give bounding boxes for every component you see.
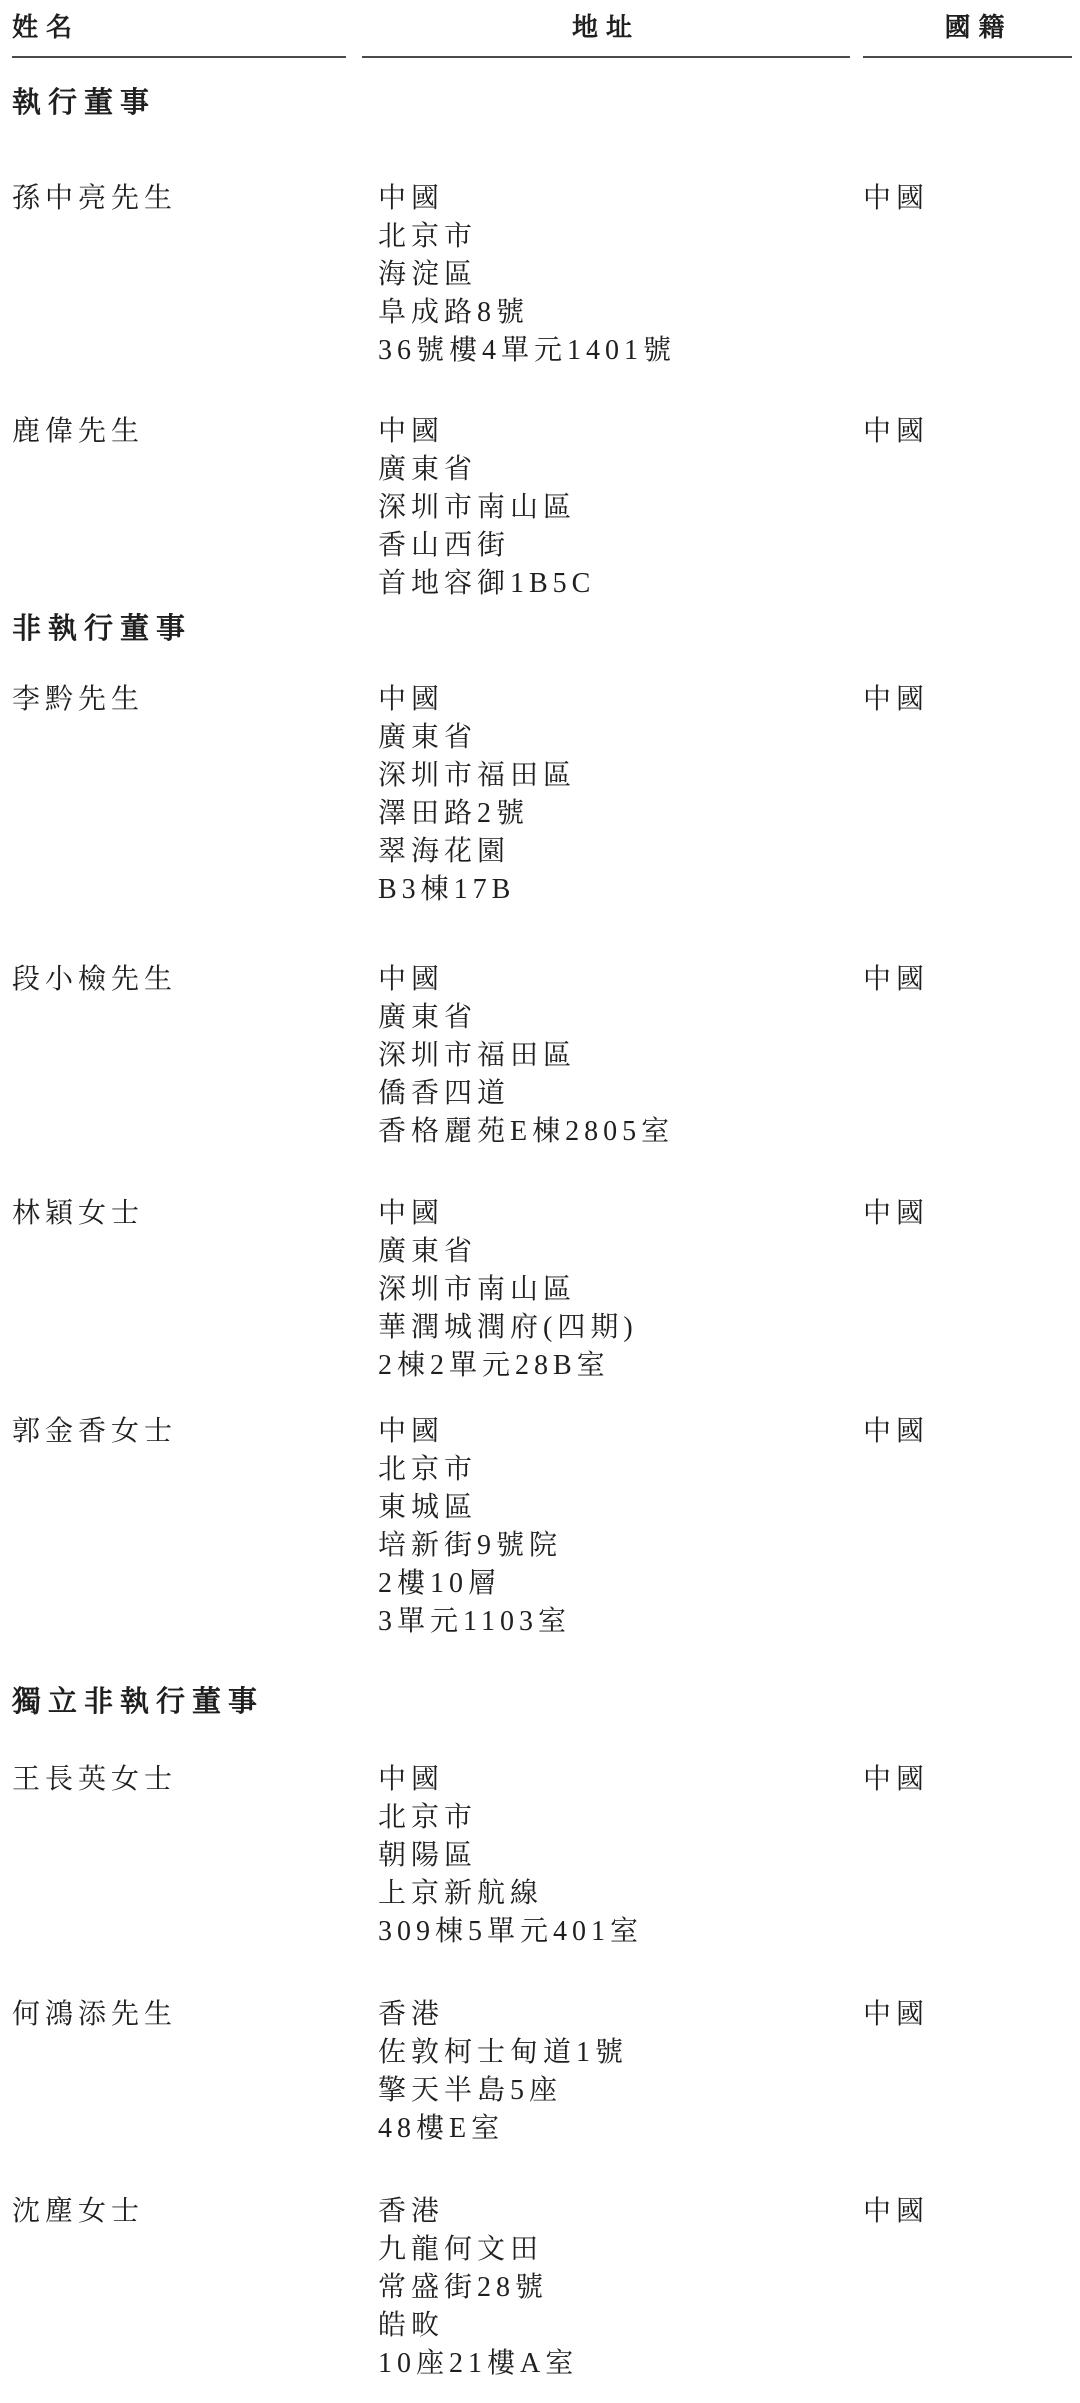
address-line: 佐敦柯士甸道1號 xyxy=(362,2034,850,2072)
director-name: 林穎女士 xyxy=(12,1195,346,1233)
director-row: 李黔先生中國廣東省深圳市福田區澤田路2號翠海花園B3棟17B中國 xyxy=(12,681,1072,909)
column-header-name: 姓名 xyxy=(12,12,346,58)
address-line: 36號樓4單元1401號 xyxy=(362,332,850,370)
director-address: 香港佐敦柯士甸道1號擎天半島5座48樓E室 xyxy=(362,1996,850,2148)
address-line: 香山西街 xyxy=(362,527,850,565)
address-line: 中國 xyxy=(362,413,850,451)
address-line: 廣東省 xyxy=(362,451,850,489)
address-line: 10座21樓A室 xyxy=(362,2345,850,2383)
address-line: 澤田路2號 xyxy=(362,795,850,833)
address-line: 中國 xyxy=(362,1761,850,1799)
address-line: 中國 xyxy=(362,681,850,719)
section-heading: 獨立非執行董事 xyxy=(12,1683,264,1721)
director-nationality: 中國 xyxy=(863,1195,1072,1233)
director-address: 中國北京市東城區培新街9號院2樓10層3單元1103室 xyxy=(362,1413,850,1641)
director-name: 沈塵女士 xyxy=(12,2193,346,2231)
address-line: 2棟2單元28B室 xyxy=(362,1347,850,1385)
director-address: 中國廣東省深圳市福田區僑香四道香格麗苑E棟2805室 xyxy=(362,961,850,1151)
address-line: 北京市 xyxy=(362,1799,850,1837)
address-line: 48樓E室 xyxy=(362,2110,850,2148)
director-nationality: 中國 xyxy=(863,2193,1072,2231)
address-line: 朝陽區 xyxy=(362,1837,850,1875)
address-line: 2樓10層 xyxy=(362,1565,850,1603)
table-header-row: 姓名 地址 國籍 xyxy=(12,12,1072,58)
director-address: 中國廣東省深圳市南山區香山西街首地容御1B5C xyxy=(362,413,850,603)
address-line: 廣東省 xyxy=(362,719,850,757)
director-nationality: 中國 xyxy=(863,180,1072,218)
address-line: 香格麗苑E棟2805室 xyxy=(362,1113,850,1151)
director-name: 段小檢先生 xyxy=(12,961,346,999)
address-line: 中國 xyxy=(362,1195,850,1233)
address-line: 中國 xyxy=(362,961,850,999)
director-name: 郭金香女士 xyxy=(12,1413,346,1451)
director-nationality: 中國 xyxy=(863,1761,1072,1799)
director-address: 中國北京市朝陽區上京新航線309棟5單元401室 xyxy=(362,1761,850,1951)
address-line: 香港 xyxy=(362,2193,850,2231)
address-line: 皓畋 xyxy=(362,2307,850,2345)
director-row: 郭金香女士中國北京市東城區培新街9號院2樓10層3單元1103室中國 xyxy=(12,1413,1072,1641)
address-line: 阜成路8號 xyxy=(362,294,850,332)
address-line: 東城區 xyxy=(362,1489,850,1527)
section-heading: 執行董事 xyxy=(12,84,156,122)
address-line: 廣東省 xyxy=(362,999,850,1037)
address-line: 深圳市南山區 xyxy=(362,489,850,527)
director-row: 林穎女士中國廣東省深圳市南山區華潤城潤府(四期)2棟2單元28B室中國 xyxy=(12,1195,1072,1385)
address-line: 深圳市南山區 xyxy=(362,1271,850,1309)
address-line: 首地容御1B5C xyxy=(362,565,850,603)
address-line: 3單元1103室 xyxy=(362,1603,850,1641)
director-name: 何鴻添先生 xyxy=(12,1996,346,2034)
directors-and-parties-page: 姓名 地址 國籍 執行董事孫中亮先生中國北京市海淀區阜成路8號36號樓4單元14… xyxy=(0,0,1080,2403)
director-nationality: 中國 xyxy=(863,961,1072,999)
director-nationality: 中國 xyxy=(863,1413,1072,1451)
address-line: 北京市 xyxy=(362,1451,850,1489)
address-line: 培新街9號院 xyxy=(362,1527,850,1565)
address-line: 常盛街28號 xyxy=(362,2269,850,2307)
address-line: 深圳市福田區 xyxy=(362,1037,850,1075)
director-row: 孫中亮先生中國北京市海淀區阜成路8號36號樓4單元1401號中國 xyxy=(12,180,1072,370)
director-name: 鹿偉先生 xyxy=(12,413,346,451)
director-row: 段小檢先生中國廣東省深圳市福田區僑香四道香格麗苑E棟2805室中國 xyxy=(12,961,1072,1151)
director-row: 王長英女士中國北京市朝陽區上京新航線309棟5單元401室中國 xyxy=(12,1761,1072,1951)
director-nationality: 中國 xyxy=(863,1996,1072,2034)
address-line: B3棟17B xyxy=(362,871,850,909)
director-name: 孫中亮先生 xyxy=(12,180,346,218)
address-line: 僑香四道 xyxy=(362,1075,850,1113)
address-line: 九龍何文田 xyxy=(362,2231,850,2269)
address-line: 廣東省 xyxy=(362,1233,850,1271)
director-row: 沈塵女士香港九龍何文田常盛街28號皓畋10座21樓A室中國 xyxy=(12,2193,1072,2383)
director-name: 王長英女士 xyxy=(12,1761,346,1799)
address-line: 海淀區 xyxy=(362,256,850,294)
address-line: 擎天半島5座 xyxy=(362,2072,850,2110)
column-header-nationality: 國籍 xyxy=(863,12,1072,58)
address-line: 深圳市福田區 xyxy=(362,757,850,795)
director-address: 香港九龍何文田常盛街28號皓畋10座21樓A室 xyxy=(362,2193,850,2383)
address-line: 中國 xyxy=(362,1413,850,1451)
director-nationality: 中國 xyxy=(863,681,1072,719)
section-heading: 非執行董事 xyxy=(12,610,192,648)
column-header-address: 地址 xyxy=(362,12,850,58)
director-address: 中國廣東省深圳市福田區澤田路2號翠海花園B3棟17B xyxy=(362,681,850,909)
address-line: 北京市 xyxy=(362,218,850,256)
address-line: 華潤城潤府(四期) xyxy=(362,1309,850,1347)
director-address: 中國廣東省深圳市南山區華潤城潤府(四期)2棟2單元28B室 xyxy=(362,1195,850,1385)
address-line: 翠海花園 xyxy=(362,833,850,871)
address-line: 309棟5單元401室 xyxy=(362,1913,850,1951)
address-line: 中國 xyxy=(362,180,850,218)
director-nationality: 中國 xyxy=(863,413,1072,451)
director-address: 中國北京市海淀區阜成路8號36號樓4單元1401號 xyxy=(362,180,850,370)
director-row: 鹿偉先生中國廣東省深圳市南山區香山西街首地容御1B5C中國 xyxy=(12,413,1072,603)
address-line: 香港 xyxy=(362,1996,850,2034)
address-line: 上京新航線 xyxy=(362,1875,850,1913)
director-name: 李黔先生 xyxy=(12,681,346,719)
director-row: 何鴻添先生香港佐敦柯士甸道1號擎天半島5座48樓E室中國 xyxy=(12,1996,1072,2148)
